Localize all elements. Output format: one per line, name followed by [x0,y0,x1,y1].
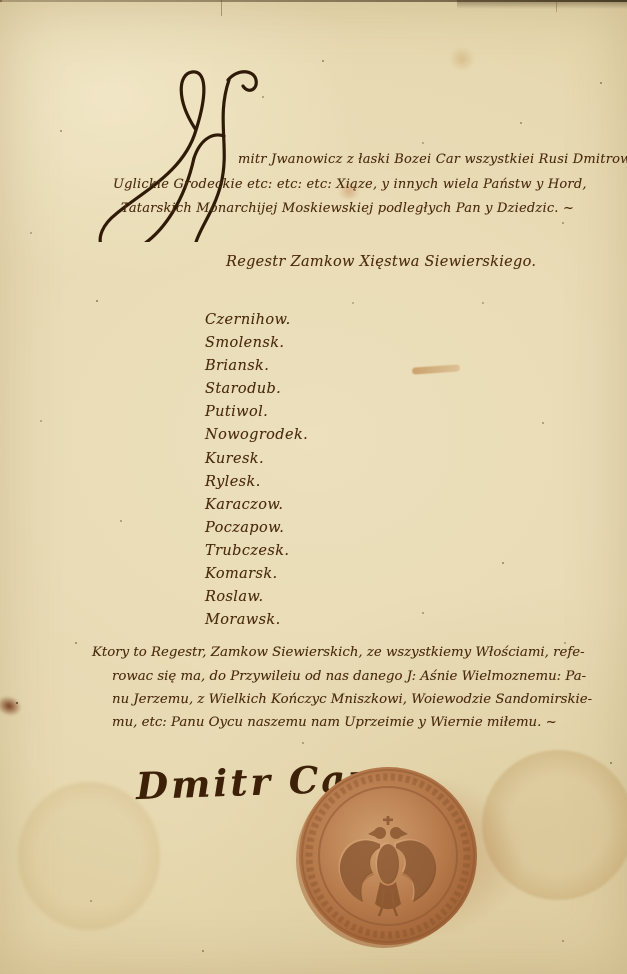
foxing-speckles [0,0,2,2]
closing-line: Ktory to Regestr, Zamkow Siewierskich, z… [92,645,585,660]
castle-list-item: Kuresk. [205,448,308,471]
castle-list-item: Karaczow. [205,494,308,517]
opening-line: Uglickie Grodeckie etc: etc: etc: Xiąze,… [113,177,587,192]
castle-list-item: Poczapow. [205,517,308,540]
wax-seal [296,764,480,948]
closing-line: nu Jerzemu, z Wielkich Kończyc Mniszkowi… [112,692,592,707]
castle-list-item: Komarsk. [205,563,308,586]
register-heading: Regestr Zamkow Xięstwa Siewierskiego. [226,254,536,270]
manuscript-page: mitr Jwanowicz z łaski Bozei Car wszystk… [0,0,627,974]
castle-list-item: Briansk. [205,355,308,378]
castle-list: Czernihow. Smolensk. Briansk. Starodub. … [205,309,308,632]
castle-list-item: Morawsk. [205,609,308,632]
fold-crease [556,0,557,12]
paper-top-right-shadow [457,0,627,9]
castle-list-item: Roslaw. [205,586,308,609]
closing-line: rowac się ma, do Przywileiu od nas daneg… [112,669,586,684]
rust-streak-stain [412,364,460,374]
closing-line: mu, etc: Panu Oycu naszemu nam Uprzeimie… [112,715,557,730]
fold-crease [221,0,222,16]
castle-list-item: Trubczesk. [205,540,308,563]
calligraphic-initial-flourish [78,66,264,246]
castle-list-item: Nowogrodek. [205,424,308,447]
castle-list-item: Smolensk. [205,332,308,355]
castle-list-item: Rylesk. [205,471,308,494]
paper-smudge [448,48,476,70]
castle-list-item: Starodub. [205,378,308,401]
ink-stain [0,688,29,723]
castle-list-item: Putiwol. [205,401,308,424]
castle-list-item: Czernihow. [205,309,308,332]
opening-line: mitr Jwanowicz z łaski Bozei Car wszystk… [238,152,627,167]
opening-line: Tatarskich Monarchijej Moskiewskiej podl… [121,201,574,216]
